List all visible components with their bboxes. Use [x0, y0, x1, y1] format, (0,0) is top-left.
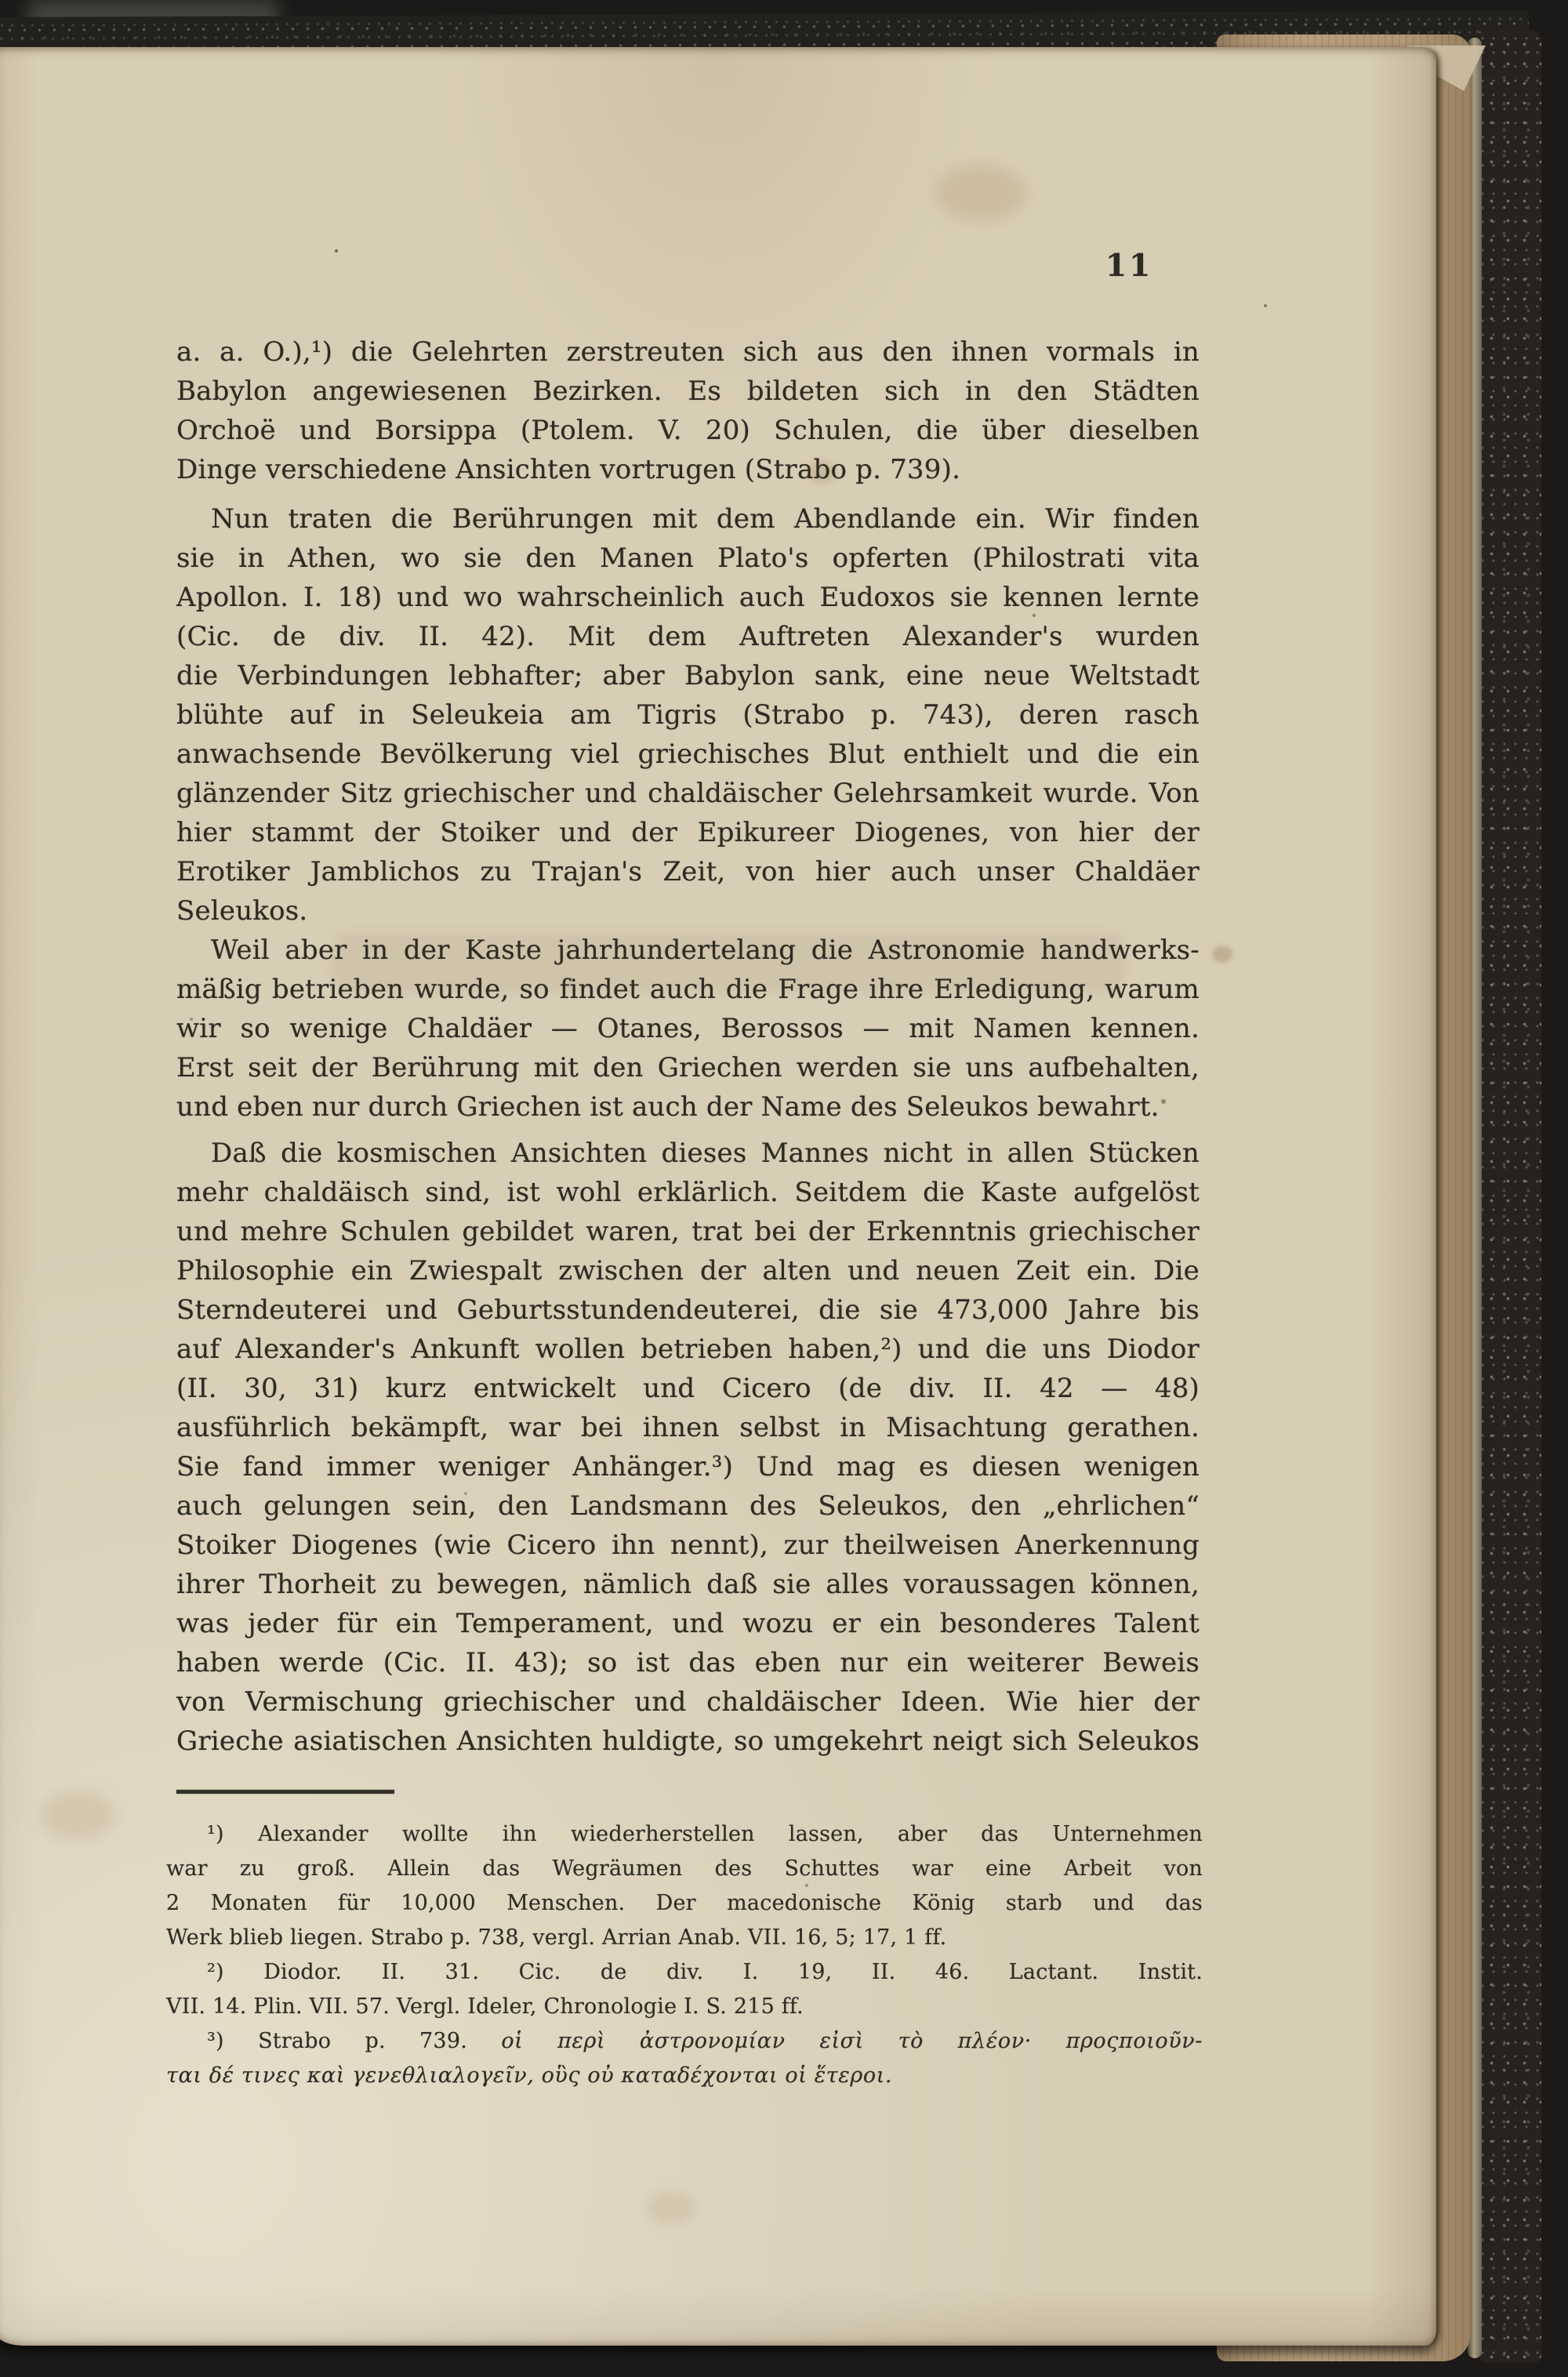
footnote-citation-latin: ³) Strabo p. 739.	[207, 2029, 467, 2053]
footnote-line: ³) Strabo p. 739. οἱ περὶ ἀστρονομίαν εἰ…	[166, 2024, 1203, 2059]
text-line: Seleukos.	[176, 891, 1200, 931]
text-line: die Verbindungen lebhafter; aber Babylon…	[176, 656, 1200, 695]
footnote-line: war zu groß. Allein das Wegräumen des Sc…	[166, 1852, 1203, 1886]
paper-stain	[41, 1791, 115, 1840]
text-line: und eben nur durch Griechen ist auch der…	[176, 1087, 1200, 1127]
text-line: anwachsende Bevölkerung viel griechische…	[176, 735, 1200, 774]
text-line: auf Alexander's Ankunft wollen betrieben…	[176, 1330, 1200, 1369]
paper-stain	[936, 165, 1026, 221]
paragraph: Daß die kosmischen Ansichten dieses Mann…	[176, 1134, 1200, 1761]
paper-stain	[646, 2191, 696, 2224]
text-line: Dinge verschiedene Ansichten vortrugen (…	[176, 450, 1200, 489]
footnote-separator	[176, 1790, 394, 1794]
text-line: ihrer Thorheit zu bewegen, nämlich daß s…	[176, 1565, 1200, 1604]
text-line: wir so wenige Chaldäer — Otanes, Berosso…	[176, 1009, 1200, 1048]
text-line: Orchoë und Borsippa (Ptolem. V. 20) Schu…	[176, 411, 1200, 450]
text-line: Nun traten die Berührungen mit dem Abend…	[176, 499, 1200, 539]
text-line: auch gelungen sein, den Landsmann des Se…	[176, 1486, 1200, 1526]
text-line: haben werde (Cic. II. 43); so ist das eb…	[176, 1643, 1200, 1682]
text-line: Babylon angewiesenen Bezirken. Es bildet…	[176, 372, 1200, 411]
text-line: was jeder für ein Temperament, und wozu …	[176, 1604, 1200, 1643]
footnotes-block: ¹) Alexander wollte ihn wiederherstellen…	[166, 1817, 1203, 2093]
footnote: ³) Strabo p. 739. οἱ περὶ ἀστρονομίαν εἰ…	[166, 2024, 1203, 2093]
footnote-line: ²) Diodor. II. 31. Cic. de div. I. 19, I…	[166, 1955, 1203, 1990]
footnote-line: Werk blieb liegen. Strabo p. 738, vergl.…	[166, 1921, 1203, 1955]
text-line: mehr chaldäisch sind, ist wohl erklärlic…	[176, 1173, 1200, 1212]
paper-stain	[1212, 945, 1232, 963]
text-line: und mehre Schulen gebildet waren, trat b…	[176, 1212, 1200, 1251]
text-line: Erotiker Jamblichos zu Trajan's Zeit, vo…	[176, 852, 1200, 891]
text-line: hier stammt der Stoiker und der Epikuree…	[176, 813, 1200, 852]
text-line: glänzender Sitz griechischer und chaldäi…	[176, 774, 1200, 813]
paragraph: Weil aber in der Kaste jahrhundertelang …	[176, 931, 1200, 1127]
text-line: ausführlich bekämpft, war bei ihnen selb…	[176, 1408, 1200, 1447]
greek-citation: ται δέ τινες καὶ γενεθλιαλογεῖν, οὓς οὐ …	[166, 2063, 892, 2088]
text-line: Weil aber in der Kaste jahrhundertelang …	[176, 931, 1200, 970]
footnote: ²) Diodor. II. 31. Cic. de div. I. 19, I…	[166, 1955, 1203, 2024]
text-line: (II. 30, 31) kurz entwickelt und Cicero …	[176, 1369, 1200, 1408]
text-line: Apollon. I. 18) und wo wahrscheinlich au…	[176, 578, 1200, 617]
footnote-line: VII. 14. Plin. VII. 57. Vergl. Ideler, C…	[166, 1990, 1203, 2024]
body-text-block: a. a. O.),¹) die Gelehrten zerstreuten s…	[176, 332, 1200, 1761]
footnote-line: 2 Monaten für 10,000 Menschen. Der maced…	[166, 1886, 1203, 1921]
scanned-book-photo: 11 a. a. O.),¹) die Gelehrten zerstreute…	[0, 0, 1568, 2377]
text-line: Daß die kosmischen Ansichten dieses Mann…	[176, 1134, 1200, 1173]
text-line: sie in Athen, wo sie den Manen Plato's o…	[176, 539, 1200, 578]
greek-citation: οἱ περὶ ἀστρονομίαν εἰσὶ τὸ πλέον· προςπ…	[501, 2029, 1203, 2053]
text-line: a. a. O.),¹) die Gelehrten zerstreuten s…	[176, 332, 1200, 372]
text-line: Erst seit der Berührung mit den Griechen…	[176, 1048, 1200, 1087]
footnote-line: ται δέ τινες καὶ γενεθλιαλογεῖν, οὓς οὐ …	[166, 2059, 1203, 2093]
text-line: mäßig betrieben wurde, so findet auch di…	[176, 970, 1200, 1009]
text-line: (Cic. de div. II. 42). Mit dem Auftreten…	[176, 617, 1200, 656]
footnote-line: ¹) Alexander wollte ihn wiederherstellen…	[166, 1817, 1203, 1852]
text-line: Philosophie ein Zwiespalt zwischen der a…	[176, 1251, 1200, 1290]
text-line: Grieche asiatischen Ansichten huldigte, …	[176, 1722, 1200, 1761]
paragraph: a. a. O.),¹) die Gelehrten zerstreuten s…	[176, 332, 1200, 489]
paragraph: Nun traten die Berührungen mit dem Abend…	[176, 499, 1200, 931]
text-line: von Vermischung griechischer und chaldäi…	[176, 1682, 1200, 1722]
footnote: ¹) Alexander wollte ihn wiederherstellen…	[166, 1817, 1203, 1955]
text-line: Stoiker Diogenes (wie Cicero ihn nennt),…	[176, 1526, 1200, 1565]
text-line: Sterndeuterei und Geburtsstundendeuterei…	[176, 1290, 1200, 1330]
text-line: blühte auf in Seleukeia am Tigris (Strab…	[176, 695, 1200, 735]
paper-specks	[335, 249, 338, 252]
text-line: Sie fand immer weniger Anhänger.³) Und m…	[176, 1447, 1200, 1486]
leather-cover-right-edge	[1480, 30, 1541, 2363]
page-number: 11	[1105, 248, 1160, 284]
